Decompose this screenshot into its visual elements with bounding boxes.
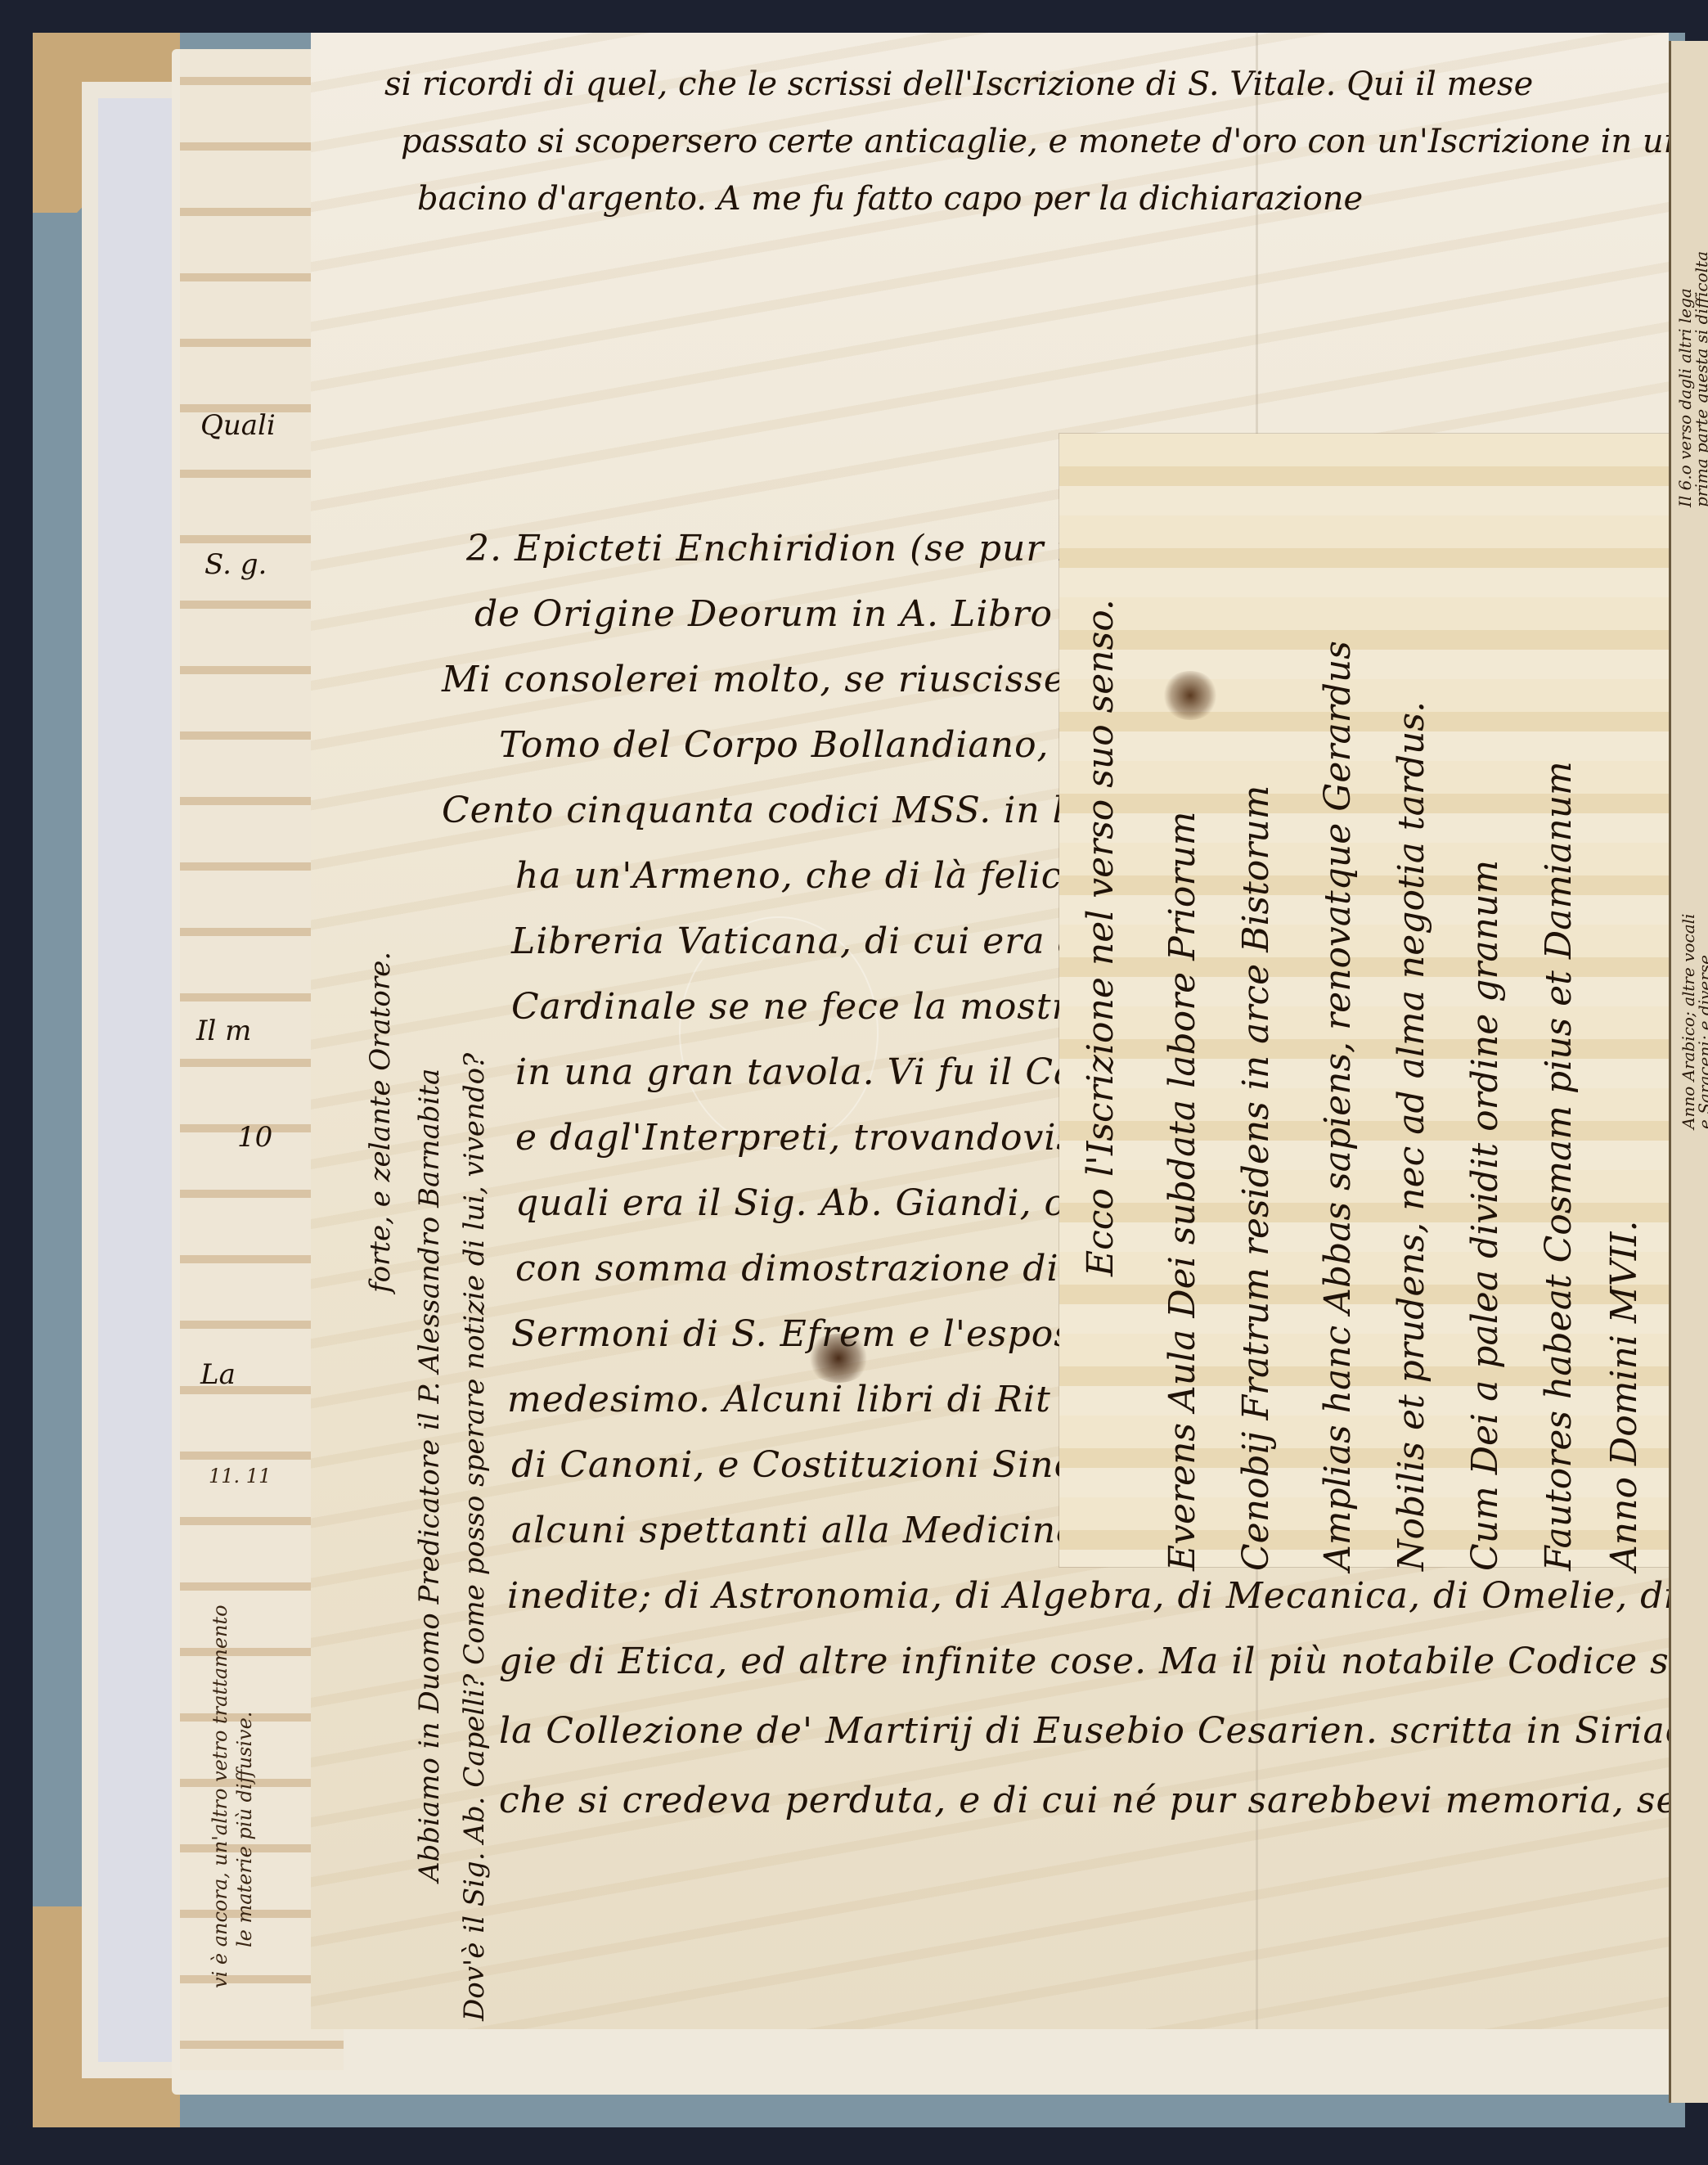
manuscript-line: gie di Etica, ed altre infinite cose. Ma… — [499, 1641, 1708, 1682]
manuscript-line: bacino d'argento. A me fu fatto capo per… — [417, 180, 1363, 218]
manuscript-line: con somma dimostrazione di stim — [515, 1248, 1153, 1290]
manuscript-line: Tomo del Corpo Bollandiano, e a — [499, 724, 1118, 766]
slip-line: Cenobij Fratrum residens in arce Bistoru… — [1235, 785, 1277, 1571]
manuscript-line: Mi consolerei molto, se riuscisse a le — [442, 659, 1147, 700]
ink-blot — [1162, 671, 1219, 720]
manuscript-line: di Canoni, e Costituzioni Sinodali — [511, 1444, 1148, 1486]
adjacent-page-line: prima parte questa si difficolta — [1692, 251, 1708, 507]
margin-note-number: 11. 11 — [209, 1465, 271, 1488]
manuscript-line: Sermoni di S. Efrem e l'esposizi — [511, 1313, 1117, 1355]
vertical-margin-line: Dov'è il Sig. Ab. Capelli? Come posso sp… — [458, 1053, 491, 2021]
manuscript-line: si ricordi di quel, che le scrissi dell'… — [384, 65, 1533, 103]
manuscript-line: e dagl'Interpreti, trovandovisi pr — [515, 1117, 1142, 1159]
margin-note-vertical: le materie più diffusive. — [233, 1712, 256, 1947]
margin-note: S. g. — [205, 548, 267, 581]
vertical-margin-line: forte, e zelante Oratore. — [364, 952, 397, 1293]
manuscript-line: medesimo. Alcuni libri di Rit — [507, 1379, 1051, 1420]
slip-line: Amplias hanc Abbas sapiens, renovatque G… — [1317, 641, 1359, 1571]
manuscript-line: quali era il Sig. Ab. Giandi, che — [515, 1182, 1112, 1224]
slip-line: Everens Aula Dei subdata labore Priorum — [1162, 812, 1203, 1571]
margin-note-vertical: vi è ancora, un'altro vetro trattamento — [209, 1605, 231, 1988]
slip-line: Cum Dei a palea dividit ordine granum — [1464, 860, 1506, 1571]
manuscript-line: la Collezione de' Martirij di Eusebio Ce… — [499, 1710, 1708, 1752]
vertical-margin-line: Abbiamo in Duomo Predicatore il P. Aless… — [413, 1069, 446, 1882]
manuscript-line: in una gran tavola. Vi fu il Cap — [515, 1051, 1099, 1093]
manuscript-line: de Origine Deorum in A. Libro — [474, 593, 1053, 635]
adjacent-page-line: e Saraceni; e diverse — [1695, 955, 1708, 1129]
manuscript-line: Cardinale se ne fece la mostra — [511, 986, 1092, 1028]
manuscript-line: inedite; di Astronomia, di Algebra, di M… — [507, 1575, 1708, 1617]
margin-note: Il m — [196, 1015, 251, 1047]
manuscript-line: ha un'Armeno, che di là felicem — [515, 855, 1119, 897]
manuscript-line: che si credeva perduta, e di cui né pur … — [499, 1780, 1708, 1821]
manuscript-line: 2. Epicteti Enchiridion (se pur non — [466, 528, 1127, 569]
margin-note: Quali — [200, 409, 276, 442]
margin-note: La — [200, 1358, 236, 1391]
slip-line: Anno Domini MVII. — [1603, 1221, 1645, 1571]
manuscript-line: passato si scopersero certe anticaglie, … — [401, 123, 1684, 160]
slip-line: Fautores habeat Cosmam pius et Damianum — [1538, 761, 1580, 1571]
margin-note: 10 — [237, 1121, 272, 1154]
slip-line: Nobilis et prudens, nec ad alma negotia … — [1391, 701, 1432, 1571]
slip-line: Ecco l'Iscrizione nel verso suo senso. — [1080, 599, 1121, 1276]
